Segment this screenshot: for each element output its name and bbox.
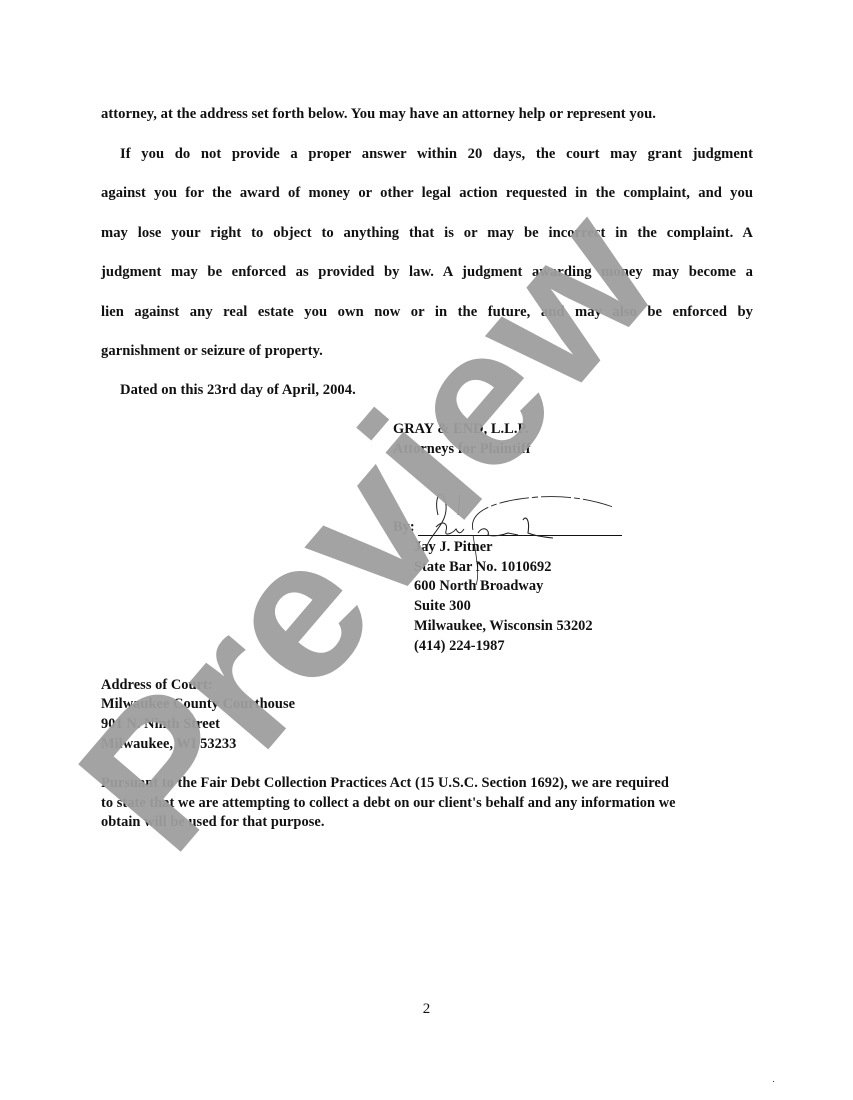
court-name: Milwaukee County Courthouse [101,696,295,713]
court-city-state-zip: Milwaukee, WI 53233 [101,736,236,753]
court-street: 901 N. Ninth Street [101,716,220,733]
by-label: By: [393,519,415,536]
notice-line: to state that we are attempting to colle… [101,795,676,812]
page-number: 2 [0,1001,853,1018]
firm-role: Attorneys for Plaintiff [393,441,531,458]
firm-phone: (414) 224-1987 [414,638,505,655]
notice-line: obtain will be used for that purpose. [101,814,324,831]
attorney-name: Jay J. Pitner [414,539,493,556]
notice-line: Pursuant to the Fair Debt Collection Pra… [101,775,669,792]
paragraph-line: garnishment or seizure of property. [101,343,323,360]
paragraph-line: judgment may be enforced as provided by … [101,264,753,281]
scan-artifact [773,1081,774,1082]
firm-name: GRAY & END, L.L.P. [393,421,529,438]
firm-city-state-zip: Milwaukee, Wisconsin 53202 [414,618,593,635]
dated-line: Dated on this 23rd day of April, 2004. [120,382,356,399]
firm-address-line2: Suite 300 [414,598,471,615]
firm-address-line1: 600 North Broadway [414,578,543,595]
court-address-label: Address of Court: [101,677,213,694]
bar-number: State Bar No. 1010692 [414,559,552,576]
paragraph-line: If you do not provide a proper answer wi… [120,146,753,163]
paragraph-line: against you for the award of money or ot… [101,185,753,202]
paragraph-line: attorney, at the address set forth below… [101,106,656,123]
paragraph-line: may lose your right to object to anythin… [101,225,753,242]
paragraph-line: lien against any real estate you own now… [101,304,753,321]
document-page: attorney, at the address set forth below… [0,0,853,1100]
